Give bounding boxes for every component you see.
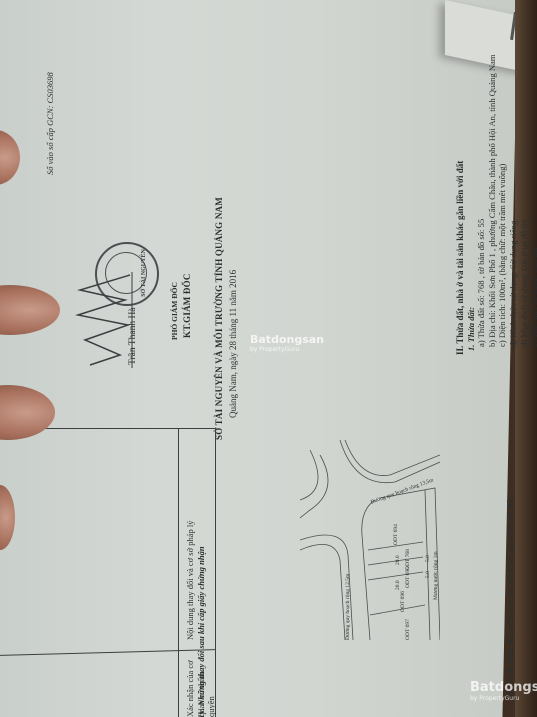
usage-term: e) Thời hạn sử dụng: Lâu dài: [529, 45, 537, 355]
parcel-number: a) Thửa đất số: 768 , tờ bản đồ số: 55: [476, 45, 487, 355]
canal-label: Mương nước rộng 1m: [433, 551, 439, 600]
area: c) Diện tích: 100m², (bằng chữ: một trăm…: [497, 45, 508, 355]
dim-3: 20.0: [395, 555, 401, 565]
watermark-brand: Batdongsan: [250, 333, 324, 346]
road-label-side: Đường quy hoạch rộng 12,5m: [345, 574, 351, 640]
lot-696: ODT 696: [400, 591, 406, 612]
section-ii-title: II. Thửa đất, nhà ở và tài sản khác gắn …: [455, 45, 466, 355]
place-date: Quảng Nam, ngày 28 tháng 11 năm 2016: [228, 270, 239, 418]
usage-purpose: đ) Mục đích sử dụng: Đất ở tại đô thị: [519, 45, 530, 355]
watermark-brand-corner: Batdongsan: [470, 680, 537, 695]
dim-1: 5.0: [425, 555, 431, 562]
lot-695: ODT 695: [405, 567, 411, 588]
seal-text: SỞ TÀI NGUYÊN: [141, 249, 147, 297]
watermark-sub-corner: by PropertyGuru: [470, 695, 537, 702]
watermark-center: Batdongsan by PropertyGuru: [250, 333, 324, 353]
signer-role-2: PHÓ GIÁM ĐỐC: [170, 282, 181, 340]
watermark-corner: Batdongsan by PropertyGuru: [470, 680, 537, 702]
lot-697: ODT 697: [405, 619, 411, 640]
section-iii-title: III. Sơ đồ thửa đất, nhà ở và tài sản kh…: [505, 498, 516, 700]
section-ii-block: II. Thửa đất, nhà ở và tài sản khác gắn …: [455, 45, 537, 355]
watermark-sub: by PropertyGuru: [250, 346, 324, 353]
issuing-agency: SỞ TÀI NGUYÊN VÀ MÔI TRƯỜNG TỈNH QUẢNG N…: [214, 197, 225, 440]
section-iv-table: [0, 428, 216, 717]
land-heading: 1. Thửa đất:: [466, 45, 477, 355]
signer-role-1: KT.GIÁM ĐỐC: [182, 273, 193, 338]
dim-4: 20.0: [395, 580, 401, 590]
signer-name: Trần Thanh Hà: [128, 307, 139, 365]
table-divider: [178, 428, 179, 717]
col-changes-header: Nội dung thay đổi và cơ sở pháp lý: [185, 521, 196, 640]
parcel-map: [300, 440, 440, 640]
dim-2: 5.0: [425, 571, 431, 578]
col-confirmation-header: Xác nhận của cơ quan có thẩm quyền: [185, 657, 217, 717]
usage-form: d) Hình thức sử dụng: Sử dụng riêng: [508, 45, 519, 355]
address: b) Địa chỉ: Khối Sơn Phố 1 , phường Cẩm …: [487, 45, 498, 355]
lot-694: ODT 694: [393, 524, 399, 545]
registry-number: Số vào sổ cấp GCN: CS03698: [45, 72, 56, 175]
